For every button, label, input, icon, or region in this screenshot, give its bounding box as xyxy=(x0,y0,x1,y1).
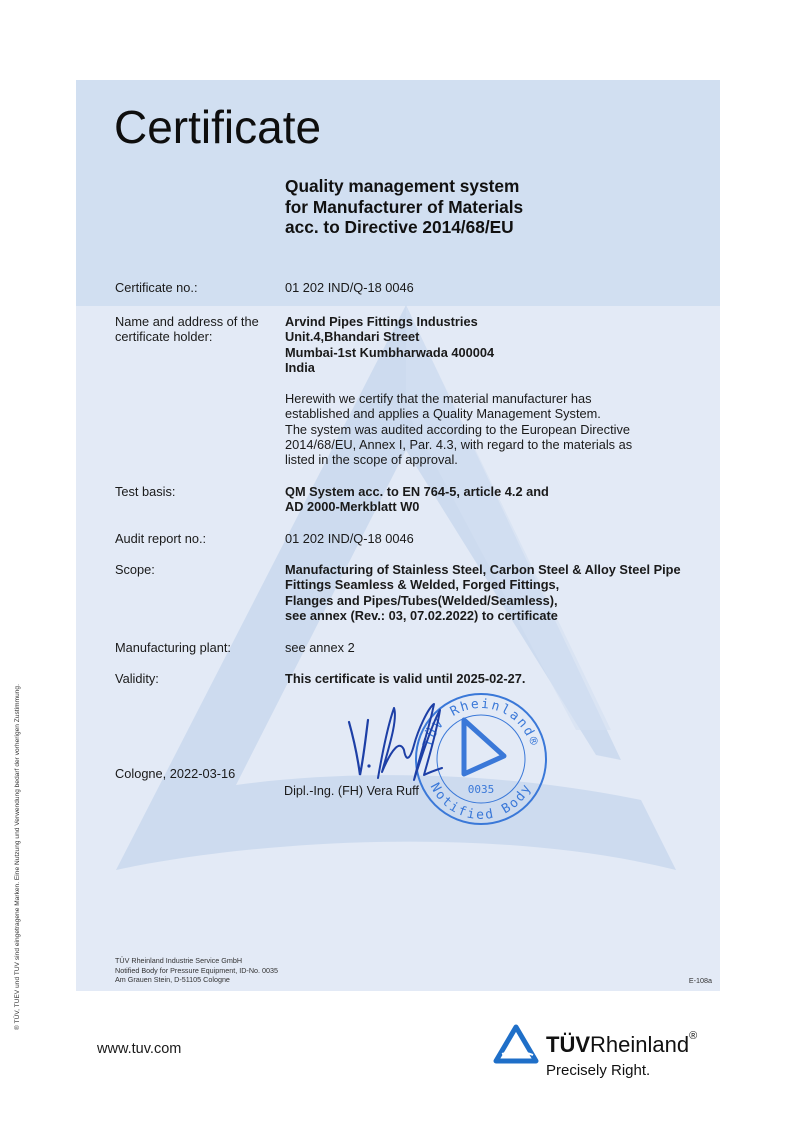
certificate-subtitle: Quality management system for Manufactur… xyxy=(285,176,523,238)
audit-report-label: Audit report no.: xyxy=(115,531,206,546)
holder-address: Arvind Pipes Fittings Industries Unit.4,… xyxy=(285,314,494,375)
stamp-triangle-icon xyxy=(464,720,504,774)
logo-brand-regular: Rheinland xyxy=(590,1032,689,1057)
signer-name: Dipl.-Ing. (FH) Vera Ruff xyxy=(284,784,419,798)
subtitle-line: acc. to Directive 2014/68/EU xyxy=(285,217,523,238)
scope-line: Manufacturing of Stainless Steel, Carbon… xyxy=(285,562,681,577)
scope-line: Flanges and Pipes/Tubes(Welded/Seamless)… xyxy=(285,593,681,608)
scope-line: see annex (Rev.: 03, 07.02.2022) to cert… xyxy=(285,608,681,623)
logo-registered-mark: ® xyxy=(689,1030,697,1042)
audit-report-value: 01 202 IND/Q-18 0046 xyxy=(285,531,414,546)
certificate-no-value: 01 202 IND/Q-18 0046 xyxy=(285,280,414,295)
address-line: Unit.4,Bhandari Street xyxy=(285,329,494,344)
certificate-no-label: Certificate no.: xyxy=(115,280,198,295)
statement-line: established and applies a Quality Manage… xyxy=(285,406,632,421)
certificate-sheet: Certificate Quality management system fo… xyxy=(76,80,720,991)
scope-value: Manufacturing of Stainless Steel, Carbon… xyxy=(285,562,681,623)
certificate-title: Certificate xyxy=(114,100,321,154)
form-code: E-108a xyxy=(689,976,712,985)
address-country: India xyxy=(285,360,494,375)
address-line: Mumbai-1st Kumbharwada 400004 xyxy=(285,345,494,360)
trademark-notice: ® TÜV, TUEV und TUV sind eingetragene Ma… xyxy=(14,684,21,1030)
manufacturing-plant-label: Manufacturing plant: xyxy=(115,640,231,655)
holder-label-line: Name and address of the xyxy=(115,314,259,329)
signature xyxy=(344,700,454,790)
issuer-footer: TÜV Rheinland Industrie Service GmbH Not… xyxy=(115,956,278,985)
scope-label: Scope: xyxy=(115,562,155,577)
place-date: Cologne, 2022-03-16 xyxy=(115,766,235,781)
validity-label: Validity: xyxy=(115,671,159,686)
statement-line: Herewith we certify that the material ma… xyxy=(285,391,632,406)
logo-brand-bold: TÜV xyxy=(546,1032,590,1057)
footer-line: Notified Body for Pressure Equipment, ID… xyxy=(115,966,278,976)
holder-label: Name and address of the certificate hold… xyxy=(115,314,259,345)
logo-tagline: Precisely Right. xyxy=(546,1062,650,1079)
statement-line: listed in the scope of approval. xyxy=(285,452,632,467)
manufacturing-plant-value: see annex 2 xyxy=(285,640,355,655)
tuv-triangle-icon xyxy=(493,1024,539,1064)
footer-line: Am Grauen Stein, D-51105 Cologne xyxy=(115,975,278,985)
scope-line: Fittings Seamless & Welded, Forged Fitti… xyxy=(285,577,681,592)
test-basis-label: Test basis: xyxy=(115,484,175,499)
test-basis-value: QM System acc. to EN 764-5, article 4.2 … xyxy=(285,484,549,515)
test-basis-line: QM System acc. to EN 764-5, article 4.2 … xyxy=(285,484,549,499)
logo-brand: TÜVRheinland® xyxy=(546,1032,697,1058)
test-basis-line: AD 2000-Merkblatt W0 xyxy=(285,499,549,514)
tuv-rheinland-logo: TÜVRheinland® Precisely Right. xyxy=(491,1022,721,1082)
validity-value: This certificate is valid until 2025-02-… xyxy=(285,671,525,686)
holder-name: Arvind Pipes Fittings Industries xyxy=(285,314,494,329)
subtitle-line: for Manufacturer of Materials xyxy=(285,197,523,218)
stamp-number: 0035 xyxy=(468,783,495,796)
certification-statement: Herewith we certify that the material ma… xyxy=(285,391,632,467)
website-link[interactable]: www.tuv.com xyxy=(97,1041,181,1057)
statement-line: The system was audited according to the … xyxy=(285,422,632,437)
holder-label-line: certificate holder: xyxy=(115,329,259,344)
subtitle-line: Quality management system xyxy=(285,176,523,197)
statement-line: 2014/68/EU, Annex I, Par. 4.3, with rega… xyxy=(285,437,632,452)
footer-line: TÜV Rheinland Industrie Service GmbH xyxy=(115,956,278,966)
